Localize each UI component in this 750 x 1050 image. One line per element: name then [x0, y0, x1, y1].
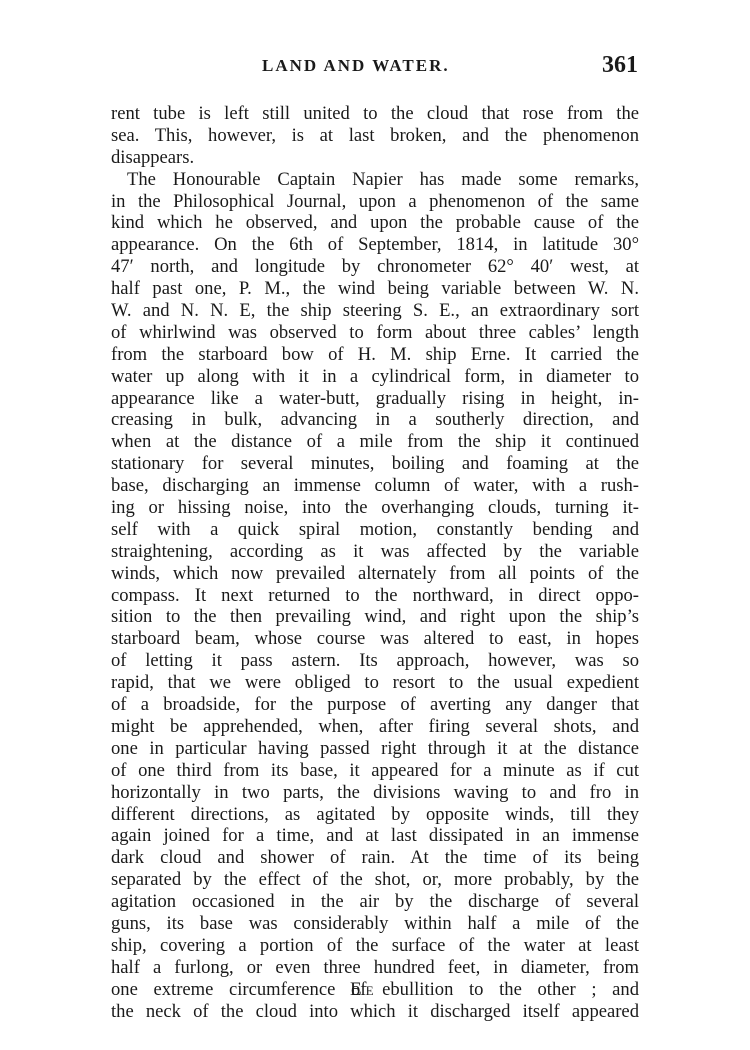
text-line: appearance like a water-butt, gradually …	[111, 388, 639, 410]
text-line: of one third from its base, it appeared …	[111, 760, 639, 782]
text-line: sition to the then prevailing wind, and …	[111, 606, 639, 628]
text-line: of letting it pass astern. Its approach,…	[111, 650, 639, 672]
text-line: self with a quick spiral motion, constan…	[111, 519, 639, 541]
text-line: winds, which now prevailed alternately f…	[111, 563, 639, 585]
text-line: separated by the effect of the shot, or,…	[111, 869, 639, 891]
text-line: when at the distance of a mile from the …	[111, 431, 639, 453]
text-line: ing or hissing noise, into the overhangi…	[111, 497, 639, 519]
text-line: compass. It next returned to the northwa…	[111, 585, 639, 607]
paragraph-1: rent tube is left still united to the cl…	[111, 103, 639, 169]
text-line: from the starboard bow of H. M. ship Ern…	[111, 344, 639, 366]
text-line: appearance. On the 6th of September, 181…	[111, 234, 639, 256]
text-line: again joined for a time, and at last dis…	[111, 825, 639, 847]
text-line: disappears.	[111, 147, 639, 169]
text-line: guns, its base was considerably within h…	[111, 913, 639, 935]
book-page: LAND AND WATER. 361 rent tube is left st…	[0, 0, 750, 1050]
text-line: stationary for several minutes, boiling …	[111, 453, 639, 475]
body-text: rent tube is left still united to the cl…	[111, 103, 639, 1022]
page-number: 361	[602, 52, 638, 79]
text-line: sea. This, however, is at last broken, a…	[111, 125, 639, 147]
text-line: one in particular having passed right th…	[111, 738, 639, 760]
text-line: starboard beam, whose course was altered…	[111, 628, 639, 650]
text-line: rent tube is left still united to the cl…	[111, 103, 639, 125]
text-line: agitation occasioned in the air by the d…	[111, 891, 639, 913]
signature-letter-small: E	[366, 983, 378, 998]
text-line: straightening, according as it was affec…	[111, 541, 639, 563]
text-line: the neck of the cloud into which it disc…	[111, 1001, 639, 1023]
text-line: might be apprehended, when, after firing…	[111, 716, 639, 738]
paragraph-2: The Honourable Captain Napier has made s…	[111, 169, 639, 1023]
text-line: in the Philosophical Journal, upon a phe…	[111, 191, 639, 213]
text-line: water up along with it in a cylindrical …	[111, 366, 639, 388]
text-line: half a furlong, or even three hundred fe…	[111, 957, 639, 979]
text-line: ship, covering a portion of the surface …	[111, 935, 639, 957]
text-line: creasing in bulk, advancing in a souther…	[111, 409, 639, 431]
text-line: different directions, as agitated by opp…	[111, 804, 639, 826]
text-line: The Honourable Captain Napier has made s…	[111, 169, 639, 191]
text-line: horizontally in two parts, the divisions…	[111, 782, 639, 804]
text-line: of a broadside, for the purpose of avert…	[111, 694, 639, 716]
signature-mark: EE	[350, 979, 378, 1001]
text-line: 47′ north, and longitude by chronometer …	[111, 256, 639, 278]
text-line: dark cloud and shower of rain. At the ti…	[111, 847, 639, 869]
text-line: base, discharging an immense column of w…	[111, 475, 639, 497]
signature-letter: E	[350, 979, 366, 1000]
text-line: rapid, that we were obliged to resort to…	[111, 672, 639, 694]
text-line: of whirlwind was observed to form about …	[111, 322, 639, 344]
text-line: half past one, P. M., the wind being var…	[111, 278, 639, 300]
text-line: kind which he observed, and upon the pro…	[111, 212, 639, 234]
running-title: LAND AND WATER.	[262, 56, 450, 76]
running-head: LAND AND WATER. 361	[112, 52, 638, 82]
text-line: W. and N. N. E, the ship steering S. E.,…	[111, 300, 639, 322]
